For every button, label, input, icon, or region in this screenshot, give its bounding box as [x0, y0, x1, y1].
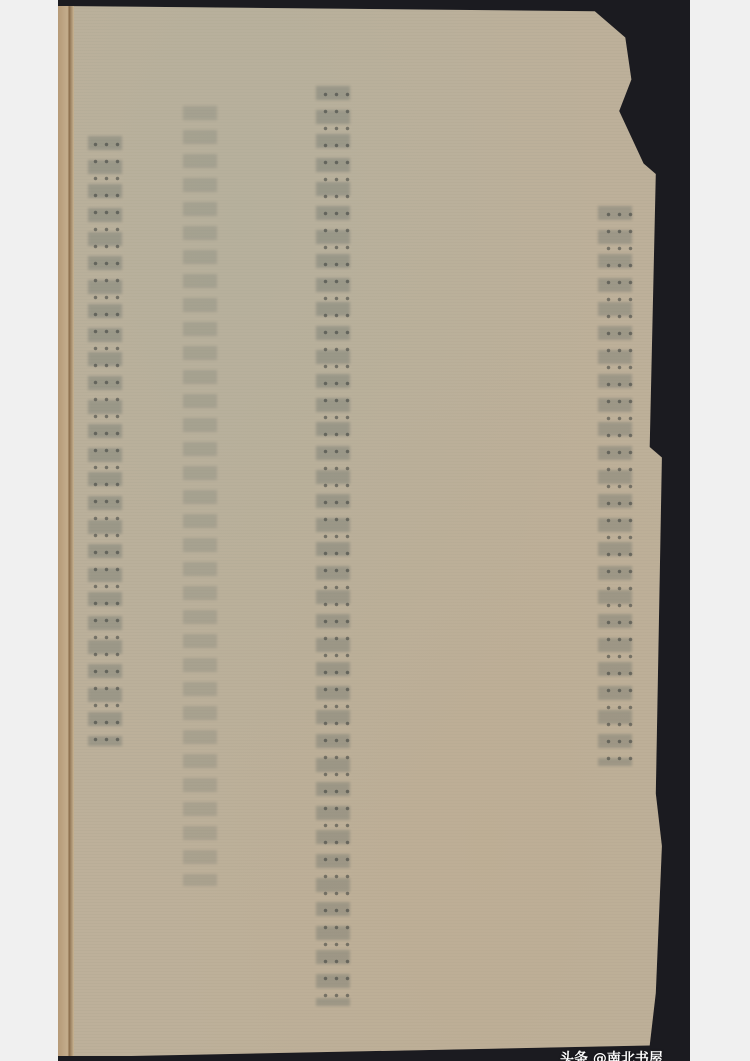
ink-spots-right	[603, 206, 633, 766]
page-spine	[58, 6, 74, 1056]
watermark: 头条 @南北书屋	[560, 1048, 663, 1061]
ink-spots-left-a	[90, 136, 120, 746]
scan-backdrop	[58, 0, 690, 1061]
manuscript-page	[58, 6, 668, 1056]
text-column-left-b	[183, 106, 217, 886]
ink-spots-center	[320, 86, 350, 1006]
